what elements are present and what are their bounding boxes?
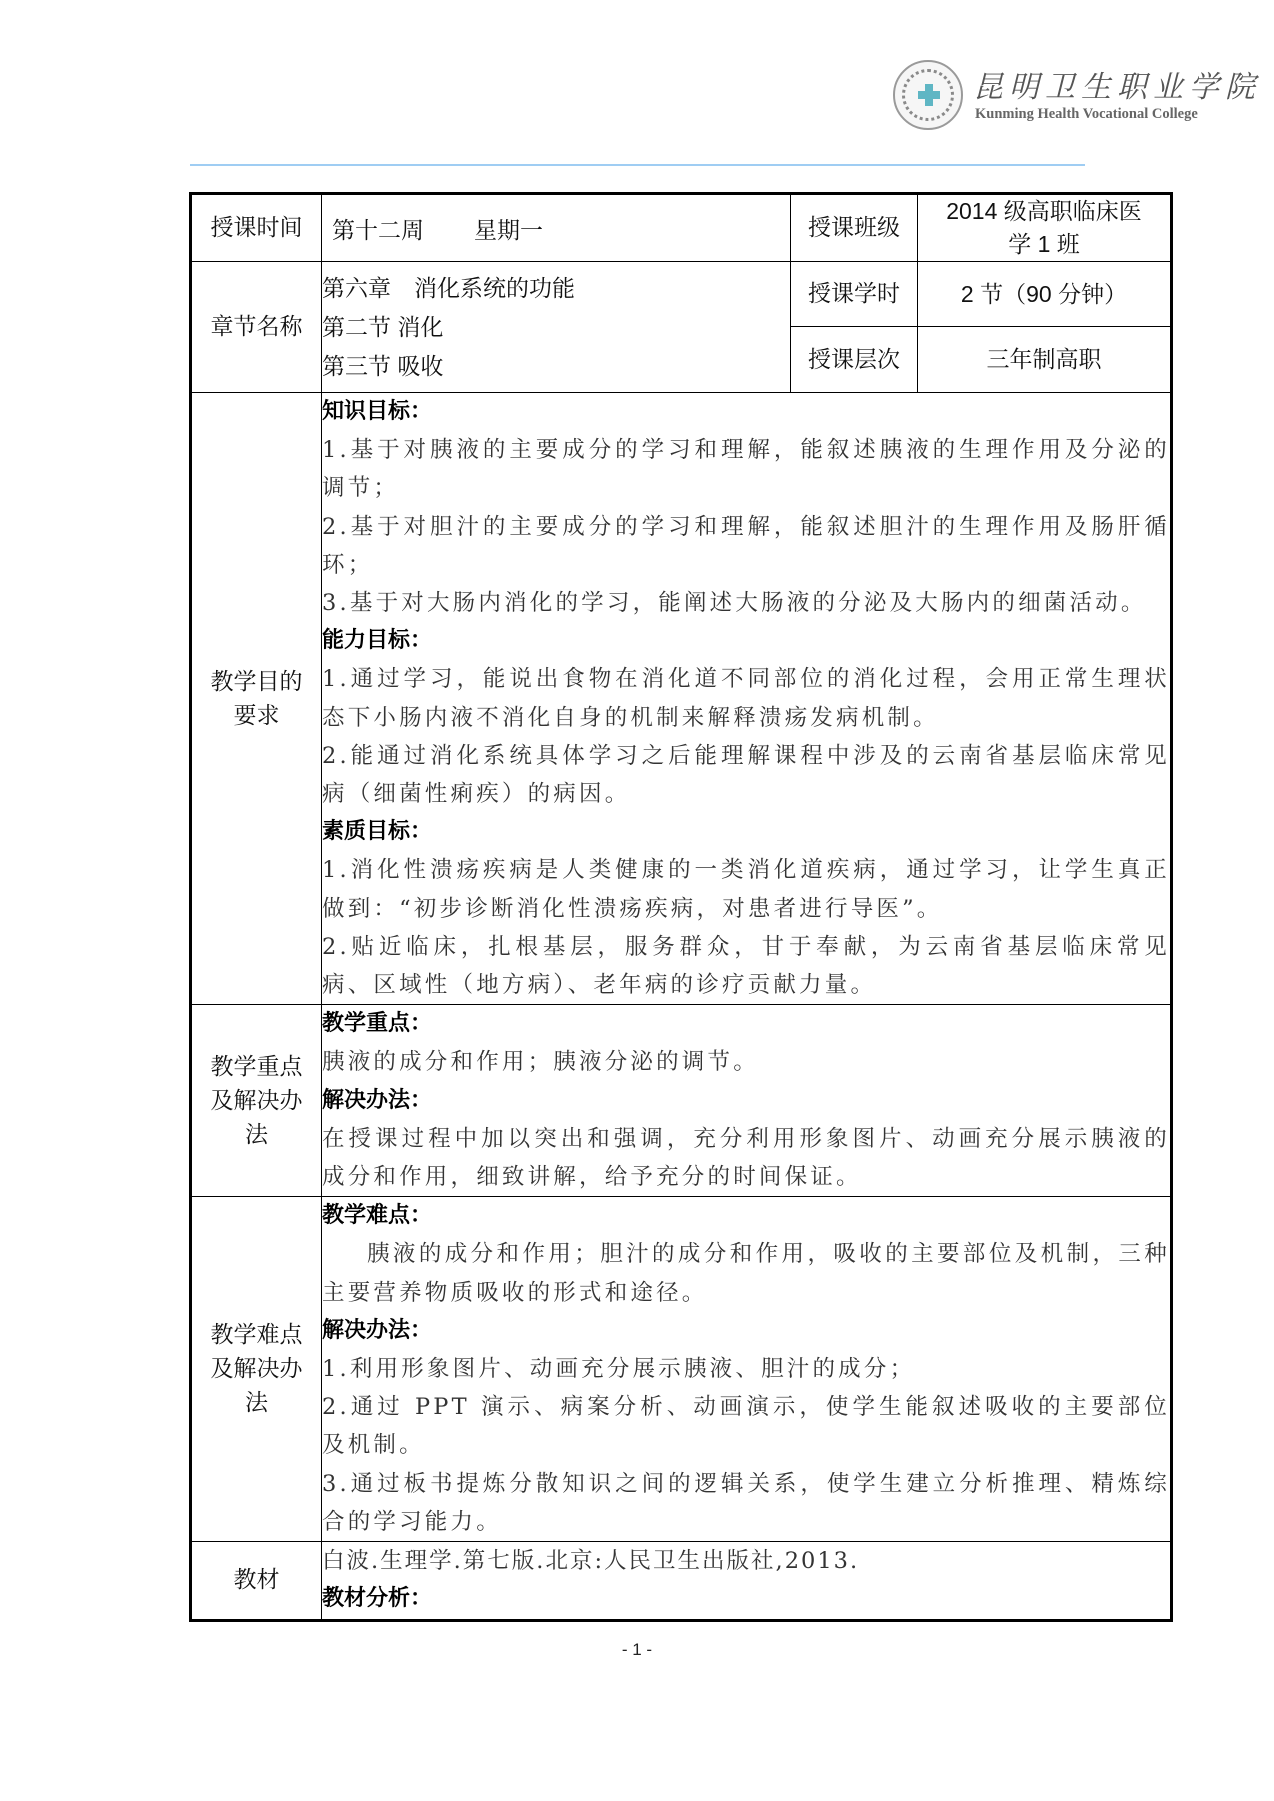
page-number: - 1 - xyxy=(0,1640,1274,1660)
difficulty-solution-item: 3.通过板书提炼分散知识之间的逻辑关系，使学生建立分析推理、精炼综合的学习能力。 xyxy=(322,1465,1170,1541)
key-points-text: 胰液的成分和作用；胰液分泌的调节。 xyxy=(322,1043,1170,1081)
college-name-en: Kunming Health Vocational College xyxy=(975,106,1198,123)
quality-item: 2.贴近临床，扎根基层，服务群众，甘于奉献，为云南省基层临床常见病、区域性（地方… xyxy=(322,928,1170,1004)
label-level: 授课层次 xyxy=(791,327,918,393)
label-objectives: 教学目的要求 xyxy=(191,393,322,1005)
row-key-points: 教学重点及解决办法 教学重点： 胰液的成分和作用；胰液分泌的调节。 解决办法： … xyxy=(191,1005,1172,1197)
quality-item: 1.消化性溃疡疾病是人类健康的一类消化道疾病，通过学习，让学生真正做到：“初步诊… xyxy=(322,851,1170,927)
chapter-line: 第三节 吸收 xyxy=(322,347,790,386)
difficulties-text: 胰液的成分和作用；胆汁的成分和作用，吸收的主要部位及机制，三种主要营养物质吸收的… xyxy=(322,1235,1170,1311)
label-class: 授课班级 xyxy=(791,194,918,262)
row-objectives: 教学目的要求 知识目标： 1.基于对胰液的主要成分的学习和理解，能叙述胰液的生理… xyxy=(191,393,1172,1005)
chapter-line: 第二节 消化 xyxy=(322,308,790,347)
difficulty-solution-item: 1.利用形象图片、动画充分展示胰液、胆汁的成分； xyxy=(322,1350,1170,1388)
week-value: 第十二周 xyxy=(332,217,424,243)
lesson-plan-table: 授课时间 第十二周星期一 授课班级 2014 级高职临床医学 1 班 章节名称 … xyxy=(189,192,1173,1622)
class-value: 2014 级高职临床医学 1 班 xyxy=(918,194,1172,262)
ability-item: 1.通过学习，能说出食物在消化道不同部位的消化过程，会用正常生理状态下小肠内液不… xyxy=(322,660,1170,736)
chapter-line: 第六章 消化系统的功能 xyxy=(322,269,790,308)
textbook-analysis-heading: 教材分析： xyxy=(322,1580,1170,1618)
difficulty-solution-item: 2.通过 PPT 演示、病案分析、动画演示，使学生能叙述吸收的主要部位及机制。 xyxy=(322,1388,1170,1464)
hours-value: 2 节（90 分钟） xyxy=(918,262,1172,327)
chapter-value: 第六章 消化系统的功能 第二节 消化 第三节 吸收 xyxy=(322,262,791,393)
label-textbook: 教材 xyxy=(191,1542,322,1620)
ability-heading: 能力目标： xyxy=(322,622,1170,660)
label-difficulties: 教学难点及解决办法 xyxy=(191,1197,322,1542)
college-logo: 昆明卫生职业学院 Kunming Health Vocational Colle… xyxy=(893,58,1213,138)
college-name-cn: 昆明卫生职业学院 xyxy=(973,62,1261,106)
college-emblem-icon xyxy=(893,60,963,130)
knowledge-heading: 知识目标： xyxy=(322,393,1170,431)
quality-heading: 素质目标： xyxy=(322,813,1170,851)
difficulties-content: 教学难点： 胰液的成分和作用；胆汁的成分和作用，吸收的主要部位及机制，三种主要营… xyxy=(322,1197,1172,1542)
header-divider xyxy=(190,164,1085,166)
row-difficulties: 教学难点及解决办法 教学难点： 胰液的成分和作用；胆汁的成分和作用，吸收的主要部… xyxy=(191,1197,1172,1542)
label-time: 授课时间 xyxy=(191,194,322,262)
ability-item: 2.能通过消化系统具体学习之后能理解课程中涉及的云南省基层临床常见病（细菌性痢疾… xyxy=(322,737,1170,813)
weekday-value: 星期一 xyxy=(474,217,543,243)
row-chapter: 章节名称 第六章 消化系统的功能 第二节 消化 第三节 吸收 授课学时 2 节（… xyxy=(191,262,1172,327)
label-chapter: 章节名称 xyxy=(191,262,322,393)
difficulties-heading: 教学难点： xyxy=(322,1197,1170,1235)
key-points-content: 教学重点： 胰液的成分和作用；胰液分泌的调节。 解决办法： 在授课过程中加以突出… xyxy=(322,1005,1172,1197)
label-key-points: 教学重点及解决办法 xyxy=(191,1005,322,1197)
key-solution-heading: 解决办法： xyxy=(322,1082,1170,1120)
knowledge-item: 3.基于对大肠内消化的学习，能阐述大肠液的分泌及大肠内的细菌活动。 xyxy=(322,584,1170,622)
textbook-citation: 白波.生理学.第七版.北京:人民卫生出版社,2013. xyxy=(322,1542,1170,1580)
textbook-content: 白波.生理学.第七版.北京:人民卫生出版社,2013. 教材分析： xyxy=(322,1542,1172,1620)
knowledge-item: 2.基于对胆汁的主要成分的学习和理解，能叙述胆汁的生理作用及肠肝循环； xyxy=(322,508,1170,584)
difficulty-solution-heading: 解决办法： xyxy=(322,1312,1170,1350)
level-value: 三年制高职 xyxy=(918,327,1172,393)
row-time: 授课时间 第十二周星期一 授课班级 2014 级高职临床医学 1 班 xyxy=(191,194,1172,262)
key-points-heading: 教学重点： xyxy=(322,1005,1170,1043)
key-solution-text: 在授课过程中加以突出和强调，充分利用形象图片、动画充分展示胰液的成分和作用，细致… xyxy=(322,1120,1170,1196)
label-hours: 授课学时 xyxy=(791,262,918,327)
objectives-content: 知识目标： 1.基于对胰液的主要成分的学习和理解，能叙述胰液的生理作用及分泌的调… xyxy=(322,393,1172,1005)
row-textbook: 教材 白波.生理学.第七版.北京:人民卫生出版社,2013. 教材分析： xyxy=(191,1542,1172,1620)
knowledge-item: 1.基于对胰液的主要成分的学习和理解，能叙述胰液的生理作用及分泌的调节； xyxy=(322,431,1170,507)
time-value: 第十二周星期一 xyxy=(322,194,791,262)
